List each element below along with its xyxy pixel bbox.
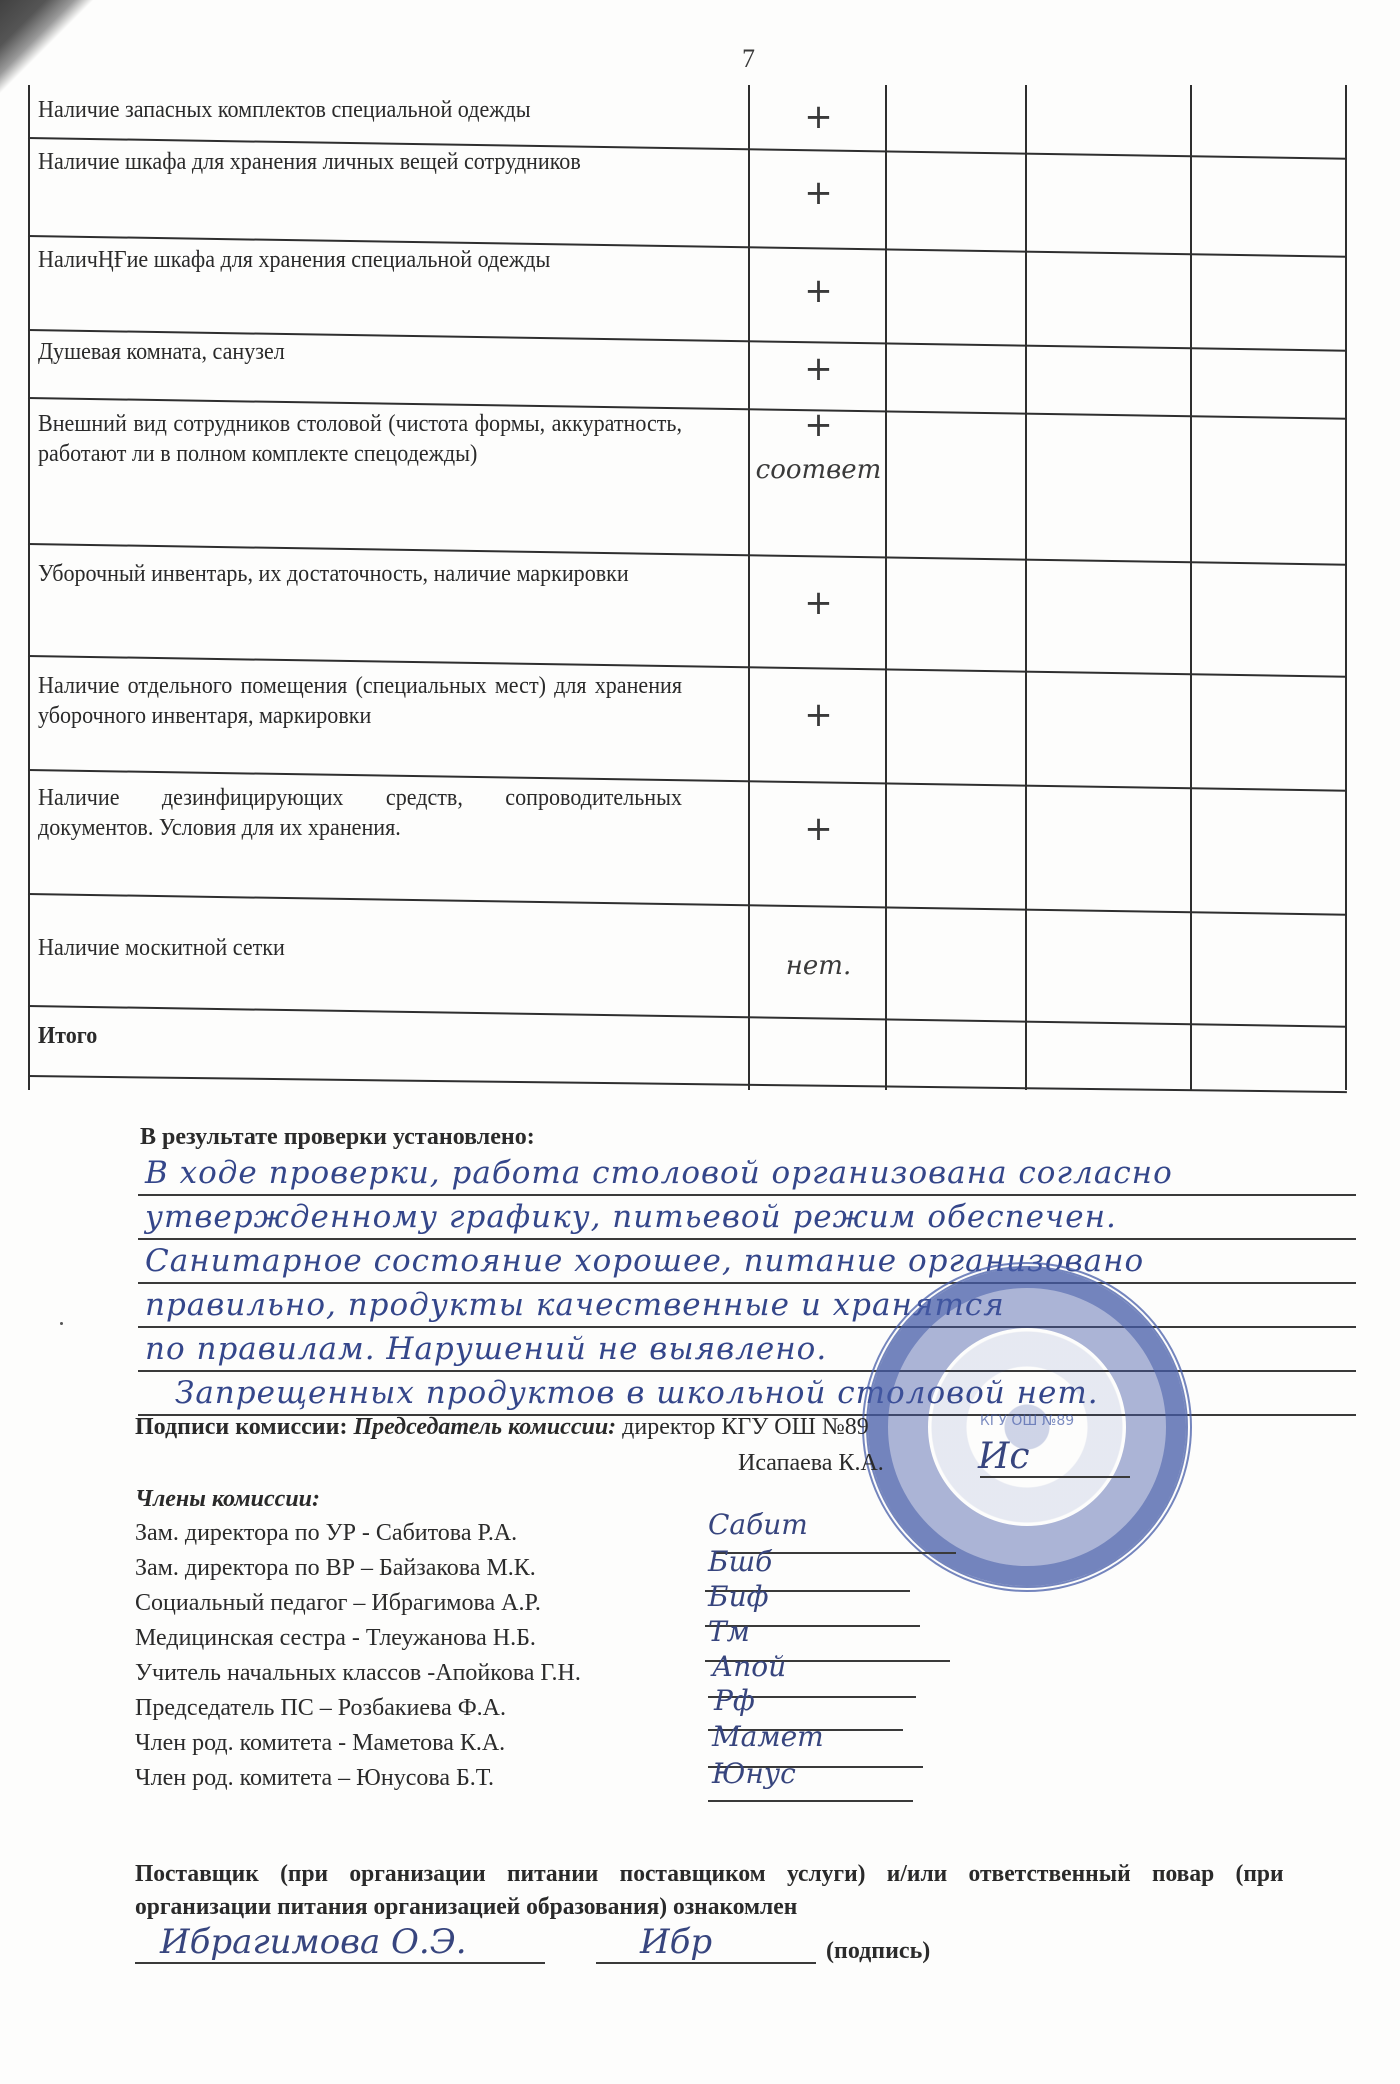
row-mark: + bbox=[750, 405, 887, 445]
total-label: Итого bbox=[38, 1021, 682, 1051]
chair-position: директор КГУ ОШ №89 bbox=[622, 1414, 869, 1440]
table-row: Внешний вид сотрудников столовой (чистот… bbox=[28, 397, 1347, 543]
member-role: Зам. директора по ВР – Байзакова М.К. bbox=[135, 1555, 536, 1582]
member-signature: Юнус bbox=[712, 1757, 796, 1790]
row-label: Наличие москитной сетки bbox=[38, 933, 682, 963]
supplier-statement: Поставщик (при организации питании поста… bbox=[135, 1858, 1284, 1924]
table-row: Наличие шкафа для хранения личных вещей … bbox=[28, 137, 1347, 235]
member-signature: Биф bbox=[708, 1580, 769, 1613]
members-heading: Члены комиссии: bbox=[135, 1486, 320, 1513]
table-row: Наличие запасных комплектов специальной … bbox=[28, 85, 1347, 137]
table-row: НаличҢҒие шкафа для хранения специальной… bbox=[28, 235, 1347, 329]
official-stamp: КГУ ОШ №89 bbox=[862, 1262, 1192, 1592]
checklist-table: Наличие запасных комплектов специальной … bbox=[28, 85, 1347, 1090]
row-label: Душевая комната, санузел bbox=[38, 337, 682, 367]
signature-line bbox=[708, 1800, 913, 1802]
row-mark: + bbox=[750, 349, 887, 389]
member-signature: Бшб bbox=[708, 1545, 772, 1578]
row-mark: + bbox=[750, 583, 887, 623]
result-text-line: В ходе проверки, работа столовой организ… bbox=[145, 1155, 1173, 1191]
row-mark: + bbox=[750, 271, 887, 311]
table-row: Наличие москитной сетки нет. bbox=[28, 893, 1347, 1005]
signature-caption: (подпись) bbox=[826, 1938, 930, 1965]
stamp-text: КГУ ОШ №89 bbox=[868, 1413, 1186, 1429]
member-role: Председатель ПС – Розбакиева Ф.А. bbox=[135, 1695, 506, 1722]
row-label: Наличие дезинфицирующих средств, сопрово… bbox=[38, 783, 682, 843]
member-role: Социальный педагог – Ибрагимова А.Р. bbox=[135, 1590, 541, 1617]
table-row: Душевая комната, санузел + bbox=[28, 329, 1347, 397]
member-signature: Рф bbox=[714, 1684, 755, 1717]
results-heading: В результате проверки установлено: bbox=[140, 1124, 535, 1151]
table-row: Наличие дезинфицирующих средств, сопрово… bbox=[28, 769, 1347, 893]
table-row: Наличие отдельного помещения (специальны… bbox=[28, 655, 1347, 769]
row-mark: + bbox=[750, 809, 887, 849]
member-role: Учитель начальных классов -Апойкова Г.Н. bbox=[135, 1660, 581, 1687]
supplier-name-handwritten: Ибрагимова О.Э. bbox=[160, 1922, 467, 1962]
row-mark: + bbox=[750, 695, 887, 735]
chair-label: Председатель комиссии: bbox=[353, 1414, 616, 1440]
table-border-bottom bbox=[28, 1075, 1347, 1093]
row-mark: + bbox=[750, 173, 887, 213]
result-text-line: по правилам. Нарушений не выявлено. bbox=[145, 1331, 827, 1367]
signature-line bbox=[135, 1962, 545, 1964]
row-note-handwritten: соответ bbox=[750, 455, 887, 485]
row-label: Внешний вид сотрудников столовой (чистот… bbox=[38, 409, 682, 469]
member-role: Член род. комитета – Юнусова Б.Т. bbox=[135, 1765, 494, 1792]
signature-line bbox=[596, 1962, 816, 1964]
page-number: 7 bbox=[742, 44, 755, 74]
member-signature: Тм bbox=[708, 1615, 750, 1648]
scan-speck bbox=[60, 1322, 63, 1325]
member-signature: Апой bbox=[712, 1650, 786, 1683]
result-text-line: утвержденному графику, питьевой режим об… bbox=[145, 1199, 1117, 1235]
row-mark: + bbox=[750, 97, 887, 137]
row-label: Наличие отдельного помещения (специальны… bbox=[38, 671, 682, 731]
signatures-heading: Подписи комиссии: bbox=[135, 1414, 347, 1440]
row-label: НаличҢҒие шкафа для хранения специальной… bbox=[38, 245, 682, 275]
member-role: Зам. директора по УР - Сабитова Р.А. bbox=[135, 1520, 517, 1547]
row-mark-handwritten: нет. bbox=[750, 951, 887, 981]
member-signature: Сабит bbox=[708, 1508, 808, 1541]
table-row: Уборочный инвентарь, их достаточность, н… bbox=[28, 543, 1347, 655]
row-label: Наличие шкафа для хранения личных вещей … bbox=[38, 147, 682, 177]
signature-line bbox=[980, 1476, 1130, 1478]
member-role: Медицинская сестра - Тлеужанова Н.Б. bbox=[135, 1625, 536, 1652]
chair-signature: Ис bbox=[978, 1436, 1030, 1477]
result-text-line: правильно, продукты качественные и храня… bbox=[145, 1287, 1005, 1323]
commission-signatures-line: Подписи комиссии: Председатель комиссии:… bbox=[135, 1414, 869, 1441]
member-signature: Мамет bbox=[712, 1720, 824, 1753]
row-label: Уборочный инвентарь, их достаточность, н… bbox=[38, 559, 682, 589]
row-label: Наличие запасных комплектов специальной … bbox=[38, 95, 682, 125]
table-row-total: Итого bbox=[28, 1005, 1347, 1075]
chair-name: Исапаева К.А. bbox=[738, 1450, 884, 1477]
member-role: Член род. комитета - Маметова К.А. bbox=[135, 1730, 505, 1757]
supplier-signature-handwritten: Ибр bbox=[640, 1922, 712, 1962]
